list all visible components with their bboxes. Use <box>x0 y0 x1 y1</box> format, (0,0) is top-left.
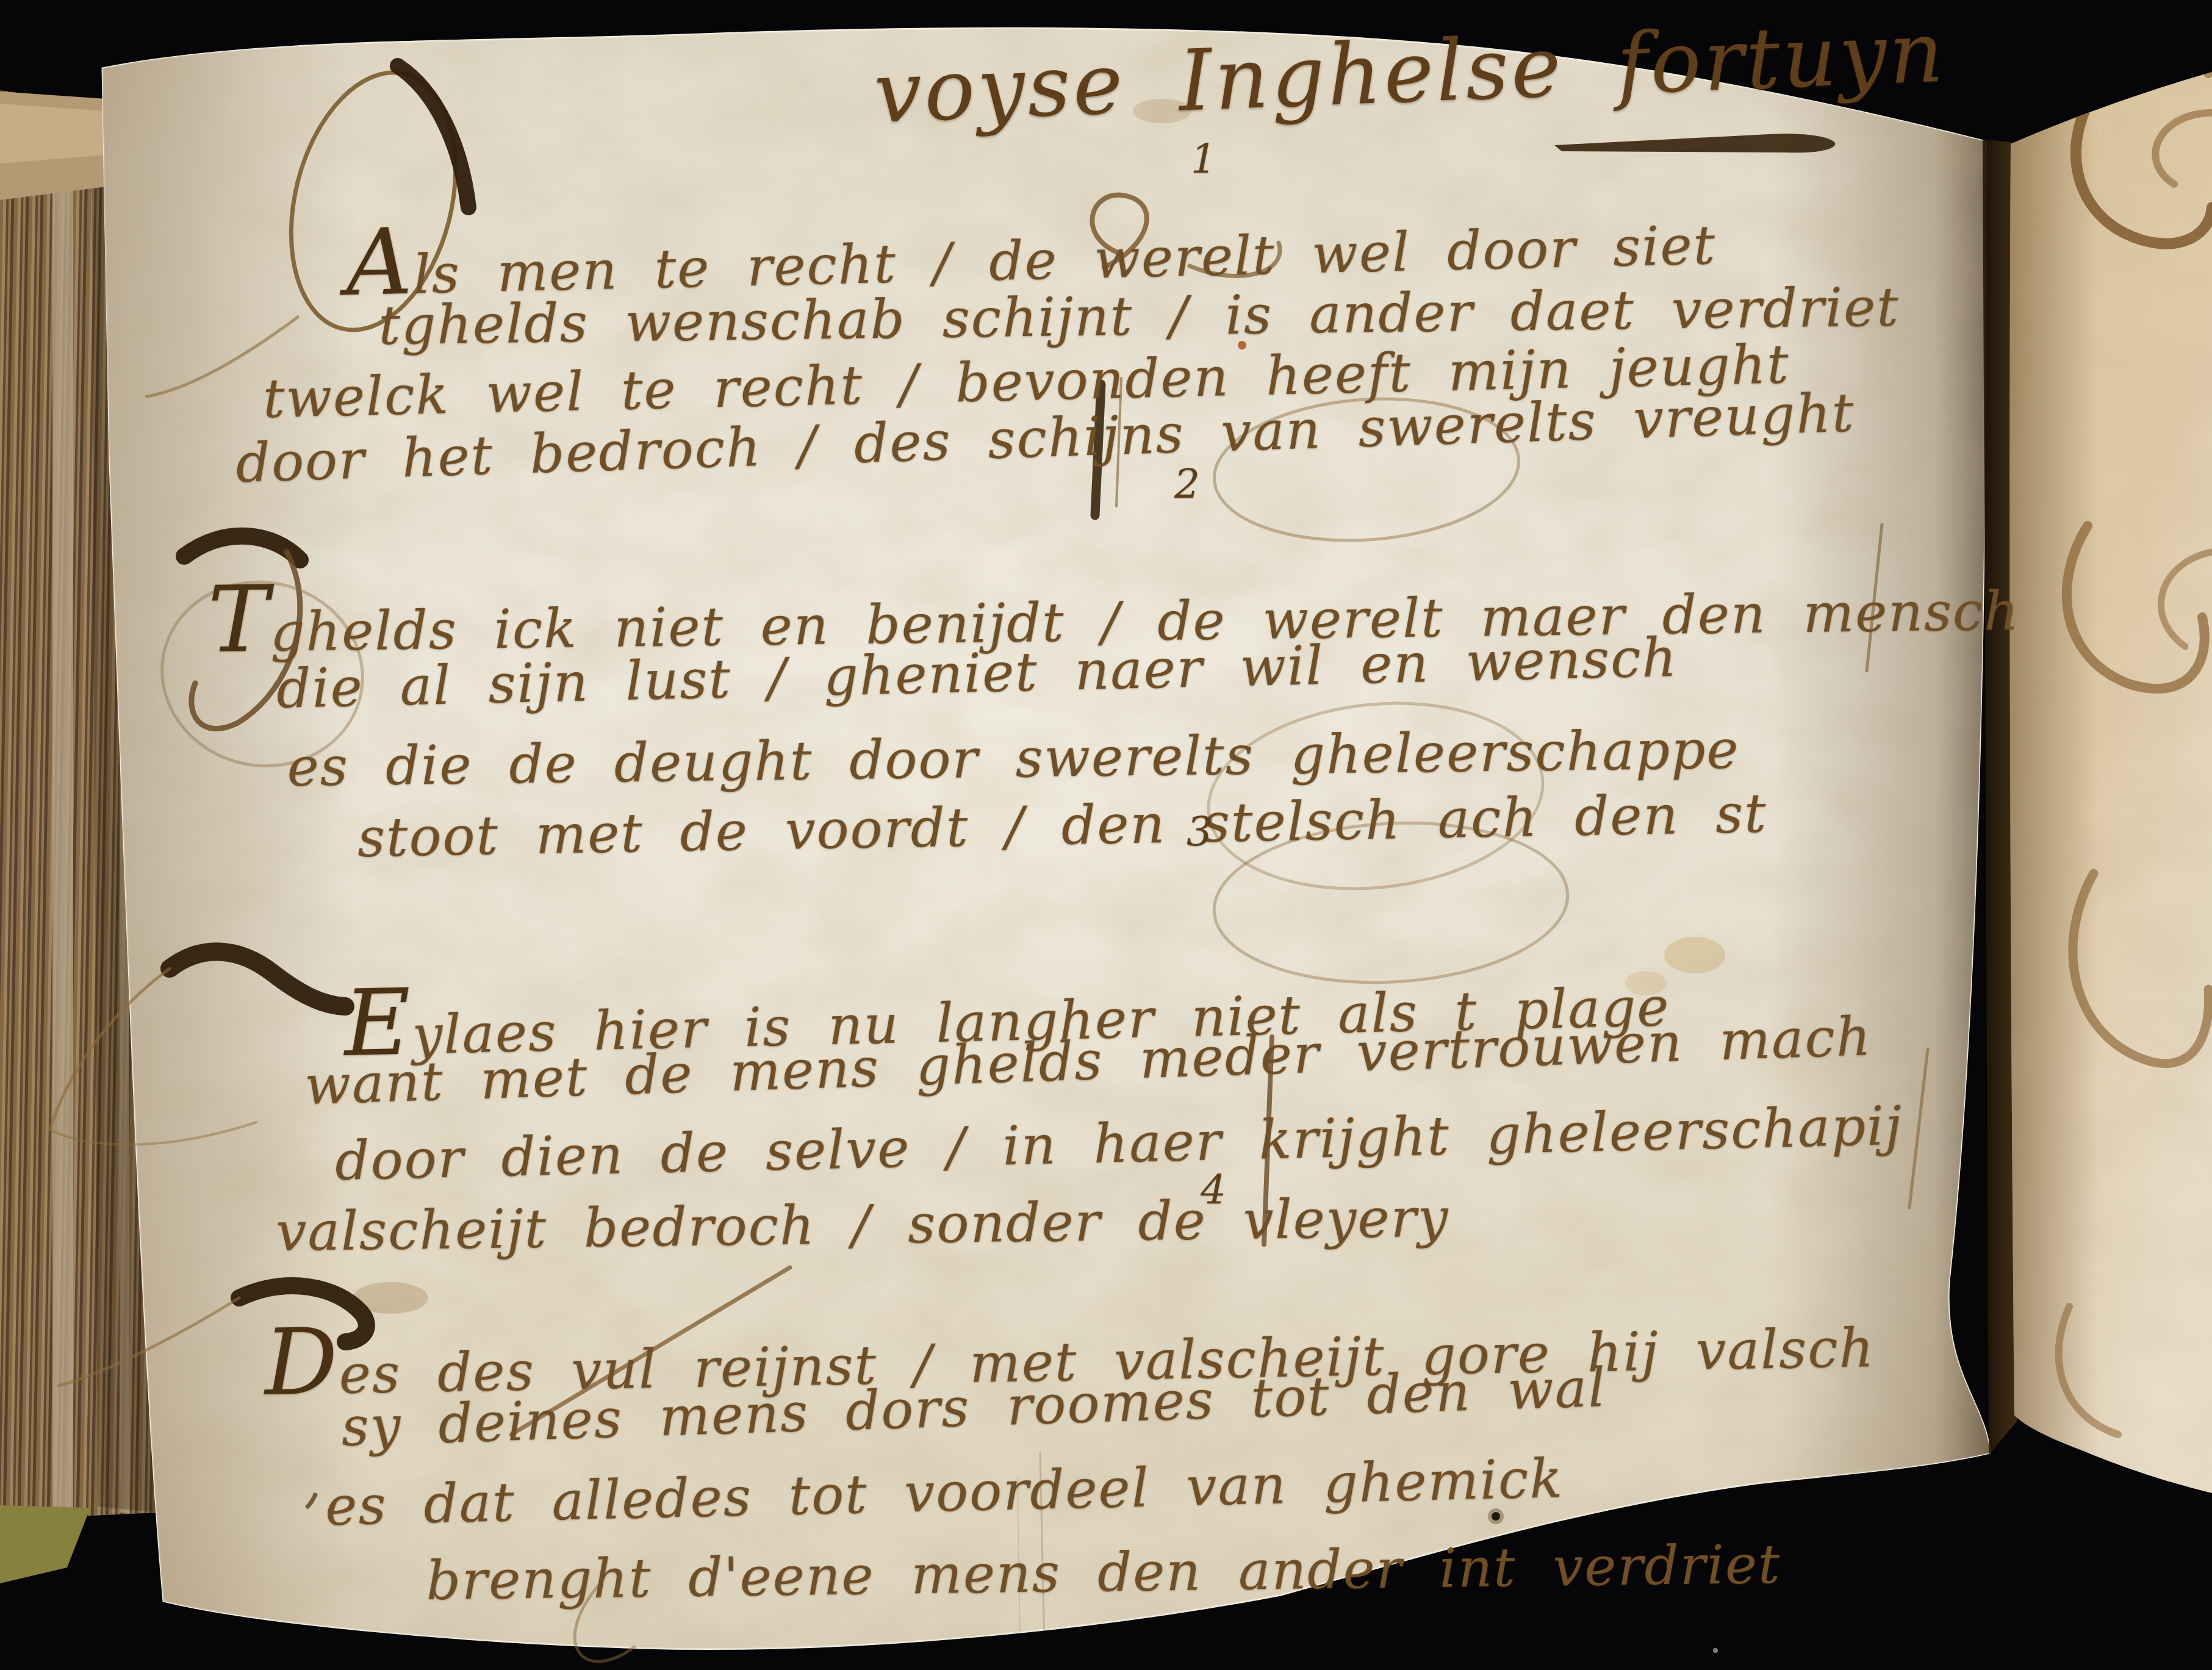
song-title: voyse Inghelse fortuyn <box>872 3 1947 142</box>
stanza-number-1: 1 <box>1191 135 1216 182</box>
handwriting-layer: voyse Inghelse fortuyn 1 Als men te rech… <box>0 0 2212 1670</box>
stanza3-line4: valscheijt bedroch / sonder de vleyery <box>276 1186 1449 1263</box>
stanza-number-2: 2 <box>1174 461 1200 507</box>
stanza4-line4: brenght d'eene mens den ander int verdri… <box>426 1533 1781 1612</box>
stanza-number-3: 3 <box>1187 808 1212 855</box>
stanza3-line3: door dien de selve / in haer krijght ghe… <box>334 1094 1903 1192</box>
stanza-number-4: 4 <box>1201 1166 1226 1213</box>
photo-open-manuscript-book: voyse Inghelse fortuyn 1 Als men te rech… <box>0 0 2212 1670</box>
stanza4-line3: es dat alledes tot voordeel van ghemick <box>325 1447 1564 1538</box>
